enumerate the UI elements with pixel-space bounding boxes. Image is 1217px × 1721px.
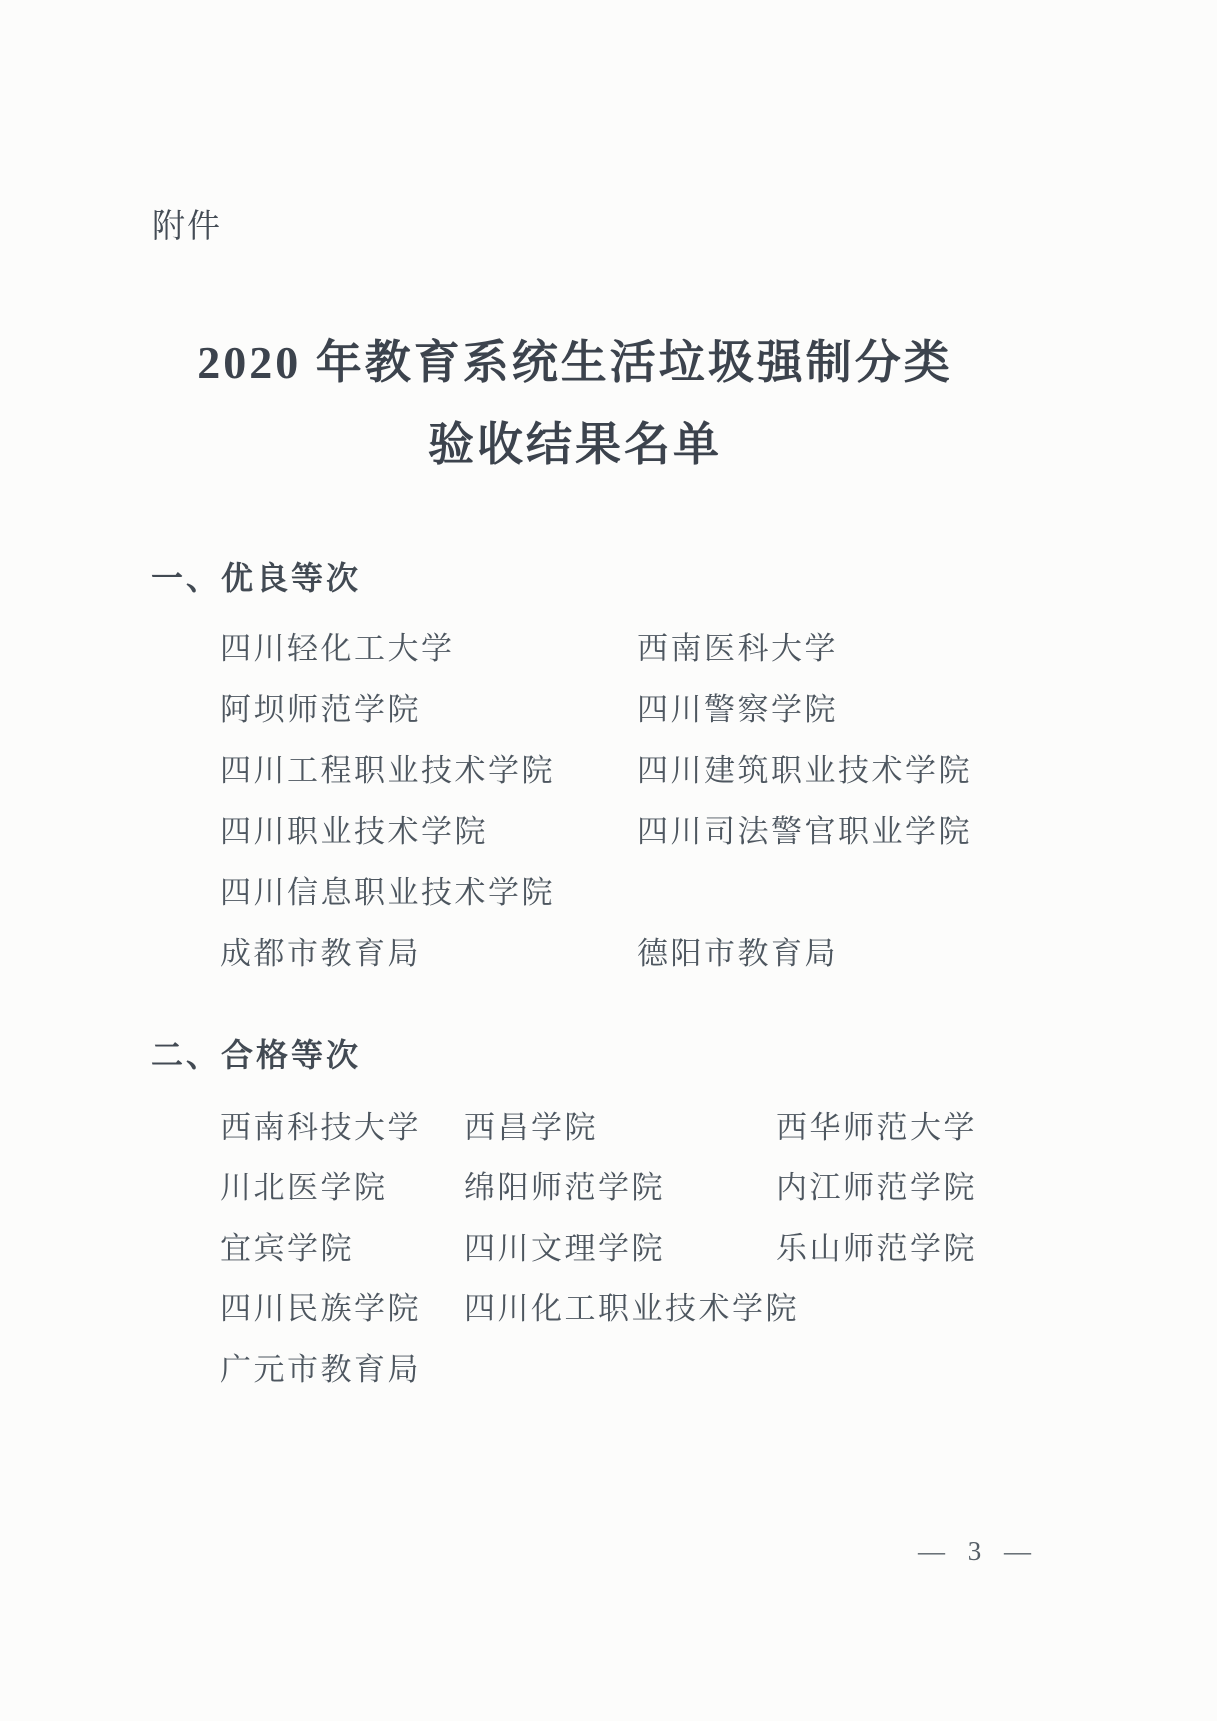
section-excellent-heading: 一、优良等次 [151, 553, 1157, 599]
institution-name: 四川文理学院 [464, 1215, 776, 1276]
institution-name: 乐山师范学院 [776, 1215, 1157, 1276]
section-qualified-grade: 二、合格等次 西南科技大学 西昌学院 西华师范大学 川北医学院 绵阳师范学院 内… [151, 1030, 1157, 1400]
document-title-line2: 验收结果名单 [0, 404, 1150, 486]
institution-name: 四川警察学院 [637, 676, 1157, 737]
empty-cell [464, 1336, 776, 1397]
institution-name: 西华师范大学 [776, 1094, 1157, 1155]
section-qualified-heading: 二、合格等次 [151, 1030, 1157, 1076]
institution-name: 宜宾学院 [220, 1215, 464, 1276]
institution-name: 四川民族学院 [220, 1276, 464, 1337]
institution-name: 绵阳师范学院 [464, 1155, 776, 1216]
section-qualified-list: 西南科技大学 西昌学院 西华师范大学 川北医学院 绵阳师范学院 内江师范学院 宜… [220, 1094, 1157, 1397]
page-number: — 3 — [918, 1536, 1039, 1567]
institution-name: 内江师范学院 [776, 1155, 1157, 1216]
institution-name: 四川信息职业技术学院 [220, 859, 637, 920]
institution-name: 广元市教育局 [220, 1336, 464, 1397]
institution-name: 四川司法警官职业学院 [637, 798, 1157, 859]
institution-name: 西南医科大学 [637, 615, 1157, 676]
empty-cell [776, 1336, 1157, 1397]
empty-cell [776, 1276, 1157, 1337]
document-title-line1: 2020 年教育系统生活垃圾强制分类 [0, 322, 1150, 404]
document-page: 附件 2020 年教育系统生活垃圾强制分类 验收结果名单 一、优良等次 四川轻化… [0, 0, 1217, 1721]
document-title: 2020 年教育系统生活垃圾强制分类 验收结果名单 [0, 322, 1150, 486]
institution-name: 成都市教育局 [220, 920, 637, 981]
institution-name: 西南科技大学 [220, 1094, 464, 1155]
institution-name: 川北医学院 [220, 1155, 464, 1216]
attachment-label: 附件 [152, 200, 222, 247]
institution-name: 西昌学院 [464, 1094, 776, 1155]
institution-name: 四川轻化工大学 [220, 615, 637, 676]
institution-name: 四川化工职业技术学院 [464, 1276, 776, 1337]
institution-name: 德阳市教育局 [637, 920, 1157, 981]
section-excellent-grade: 一、优良等次 四川轻化工大学 西南医科大学 阿坝师范学院 四川警察学院 四川工程… [151, 553, 1157, 973]
institution-name: 四川建筑职业技术学院 [637, 737, 1157, 798]
section-excellent-list: 四川轻化工大学 西南医科大学 阿坝师范学院 四川警察学院 四川工程职业技术学院 … [220, 615, 1157, 981]
institution-name: 四川职业技术学院 [220, 798, 637, 859]
institution-name: 阿坝师范学院 [220, 676, 637, 737]
empty-cell [637, 859, 1157, 920]
institution-name: 四川工程职业技术学院 [220, 737, 637, 798]
